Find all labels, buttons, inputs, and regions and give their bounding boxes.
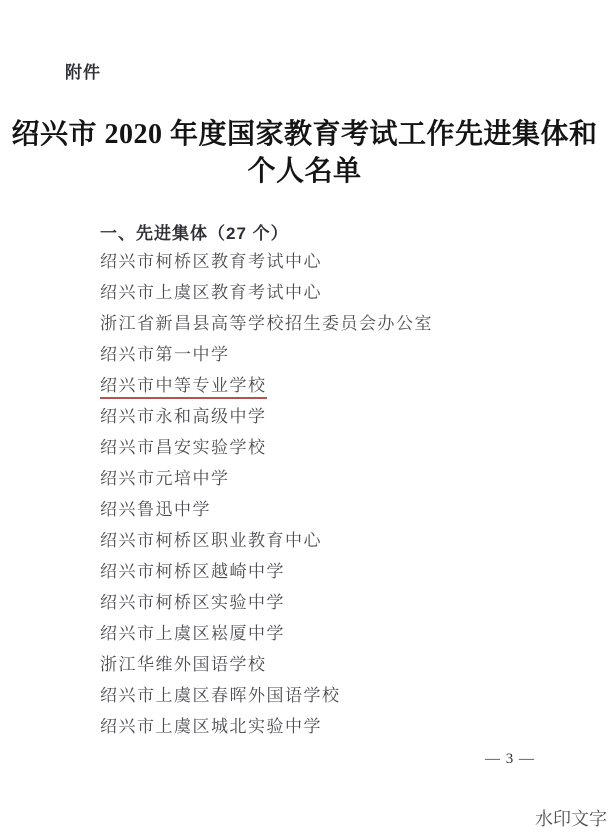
list-item: 绍兴市柯桥区职业教育中心 [100,525,560,556]
list-item-text: 绍兴市上虞区教育考试中心 [100,282,322,304]
page-number: — 3 — [476,751,544,768]
list-item: 绍兴市柯桥区越崎中学 [100,556,560,587]
document-page: 附件 绍兴市 2020 年度国家教育考试工作先进集体和 个人名单 一、先进集体（… [0,0,609,834]
list-item: 绍兴市元培中学 [100,463,560,494]
collective-list: 绍兴市柯桥区教育考试中心绍兴市上虞区教育考试中心浙江省新昌县高等学校招生委员会办… [100,246,560,742]
watermark-text: 水印文字 [535,805,607,831]
list-item-text: 绍兴市元培中学 [100,468,230,490]
list-item-text: 绍兴市柯桥区越崎中学 [100,561,285,583]
list-item-text-highlighted: 绍兴市中等专业学校 [100,375,267,399]
list-item: 绍兴市上虞区城北实验中学 [100,711,560,742]
list-item-text: 绍兴市上虞区城北实验中学 [100,716,322,738]
list-item: 浙江华维外国语学校 [100,649,560,680]
list-item-text: 绍兴市第一中学 [100,344,230,366]
list-item-text: 浙江省新昌县高等学校招生委员会办公室 [100,313,433,335]
list-item-text: 绍兴市柯桥区职业教育中心 [100,530,322,552]
document-title: 绍兴市 2020 年度国家教育考试工作先进集体和 个人名单 [0,116,609,190]
list-item-text: 浙江华维外国语学校 [100,654,267,676]
section-heading-advanced-collectives: 一、先进集体（27 个） [100,219,289,244]
list-item: 绍兴市上虞区崧厦中学 [100,618,560,649]
list-item: 绍兴鲁迅中学 [100,494,560,525]
attachment-label: 附件 [65,58,101,83]
list-item: 绍兴市柯桥区教育考试中心 [100,246,560,277]
list-item-text: 绍兴市上虞区崧厦中学 [100,623,285,645]
document-title-line2: 个人名单 [0,153,609,190]
list-item-text: 绍兴市永和高级中学 [100,406,267,428]
document-title-line1: 绍兴市 2020 年度国家教育考试工作先进集体和 [0,116,609,153]
list-item: 绍兴市永和高级中学 [100,401,560,432]
list-item-text: 绍兴市柯桥区实验中学 [100,592,285,614]
list-item: 绍兴市上虞区教育考试中心 [100,277,560,308]
list-item: 绍兴市上虞区春晖外国语学校 [100,680,560,711]
list-item: 绍兴市柯桥区实验中学 [100,587,560,618]
list-item: 绍兴市中等专业学校 [100,370,560,401]
list-item-text: 绍兴鲁迅中学 [100,499,211,521]
list-item: 浙江省新昌县高等学校招生委员会办公室 [100,308,560,339]
list-item: 绍兴市第一中学 [100,339,560,370]
list-item-text: 绍兴市柯桥区教育考试中心 [100,251,322,273]
list-item: 绍兴市昌安实验学校 [100,432,560,463]
list-item-text: 绍兴市上虞区春晖外国语学校 [100,685,341,707]
list-item-text: 绍兴市昌安实验学校 [100,437,267,459]
